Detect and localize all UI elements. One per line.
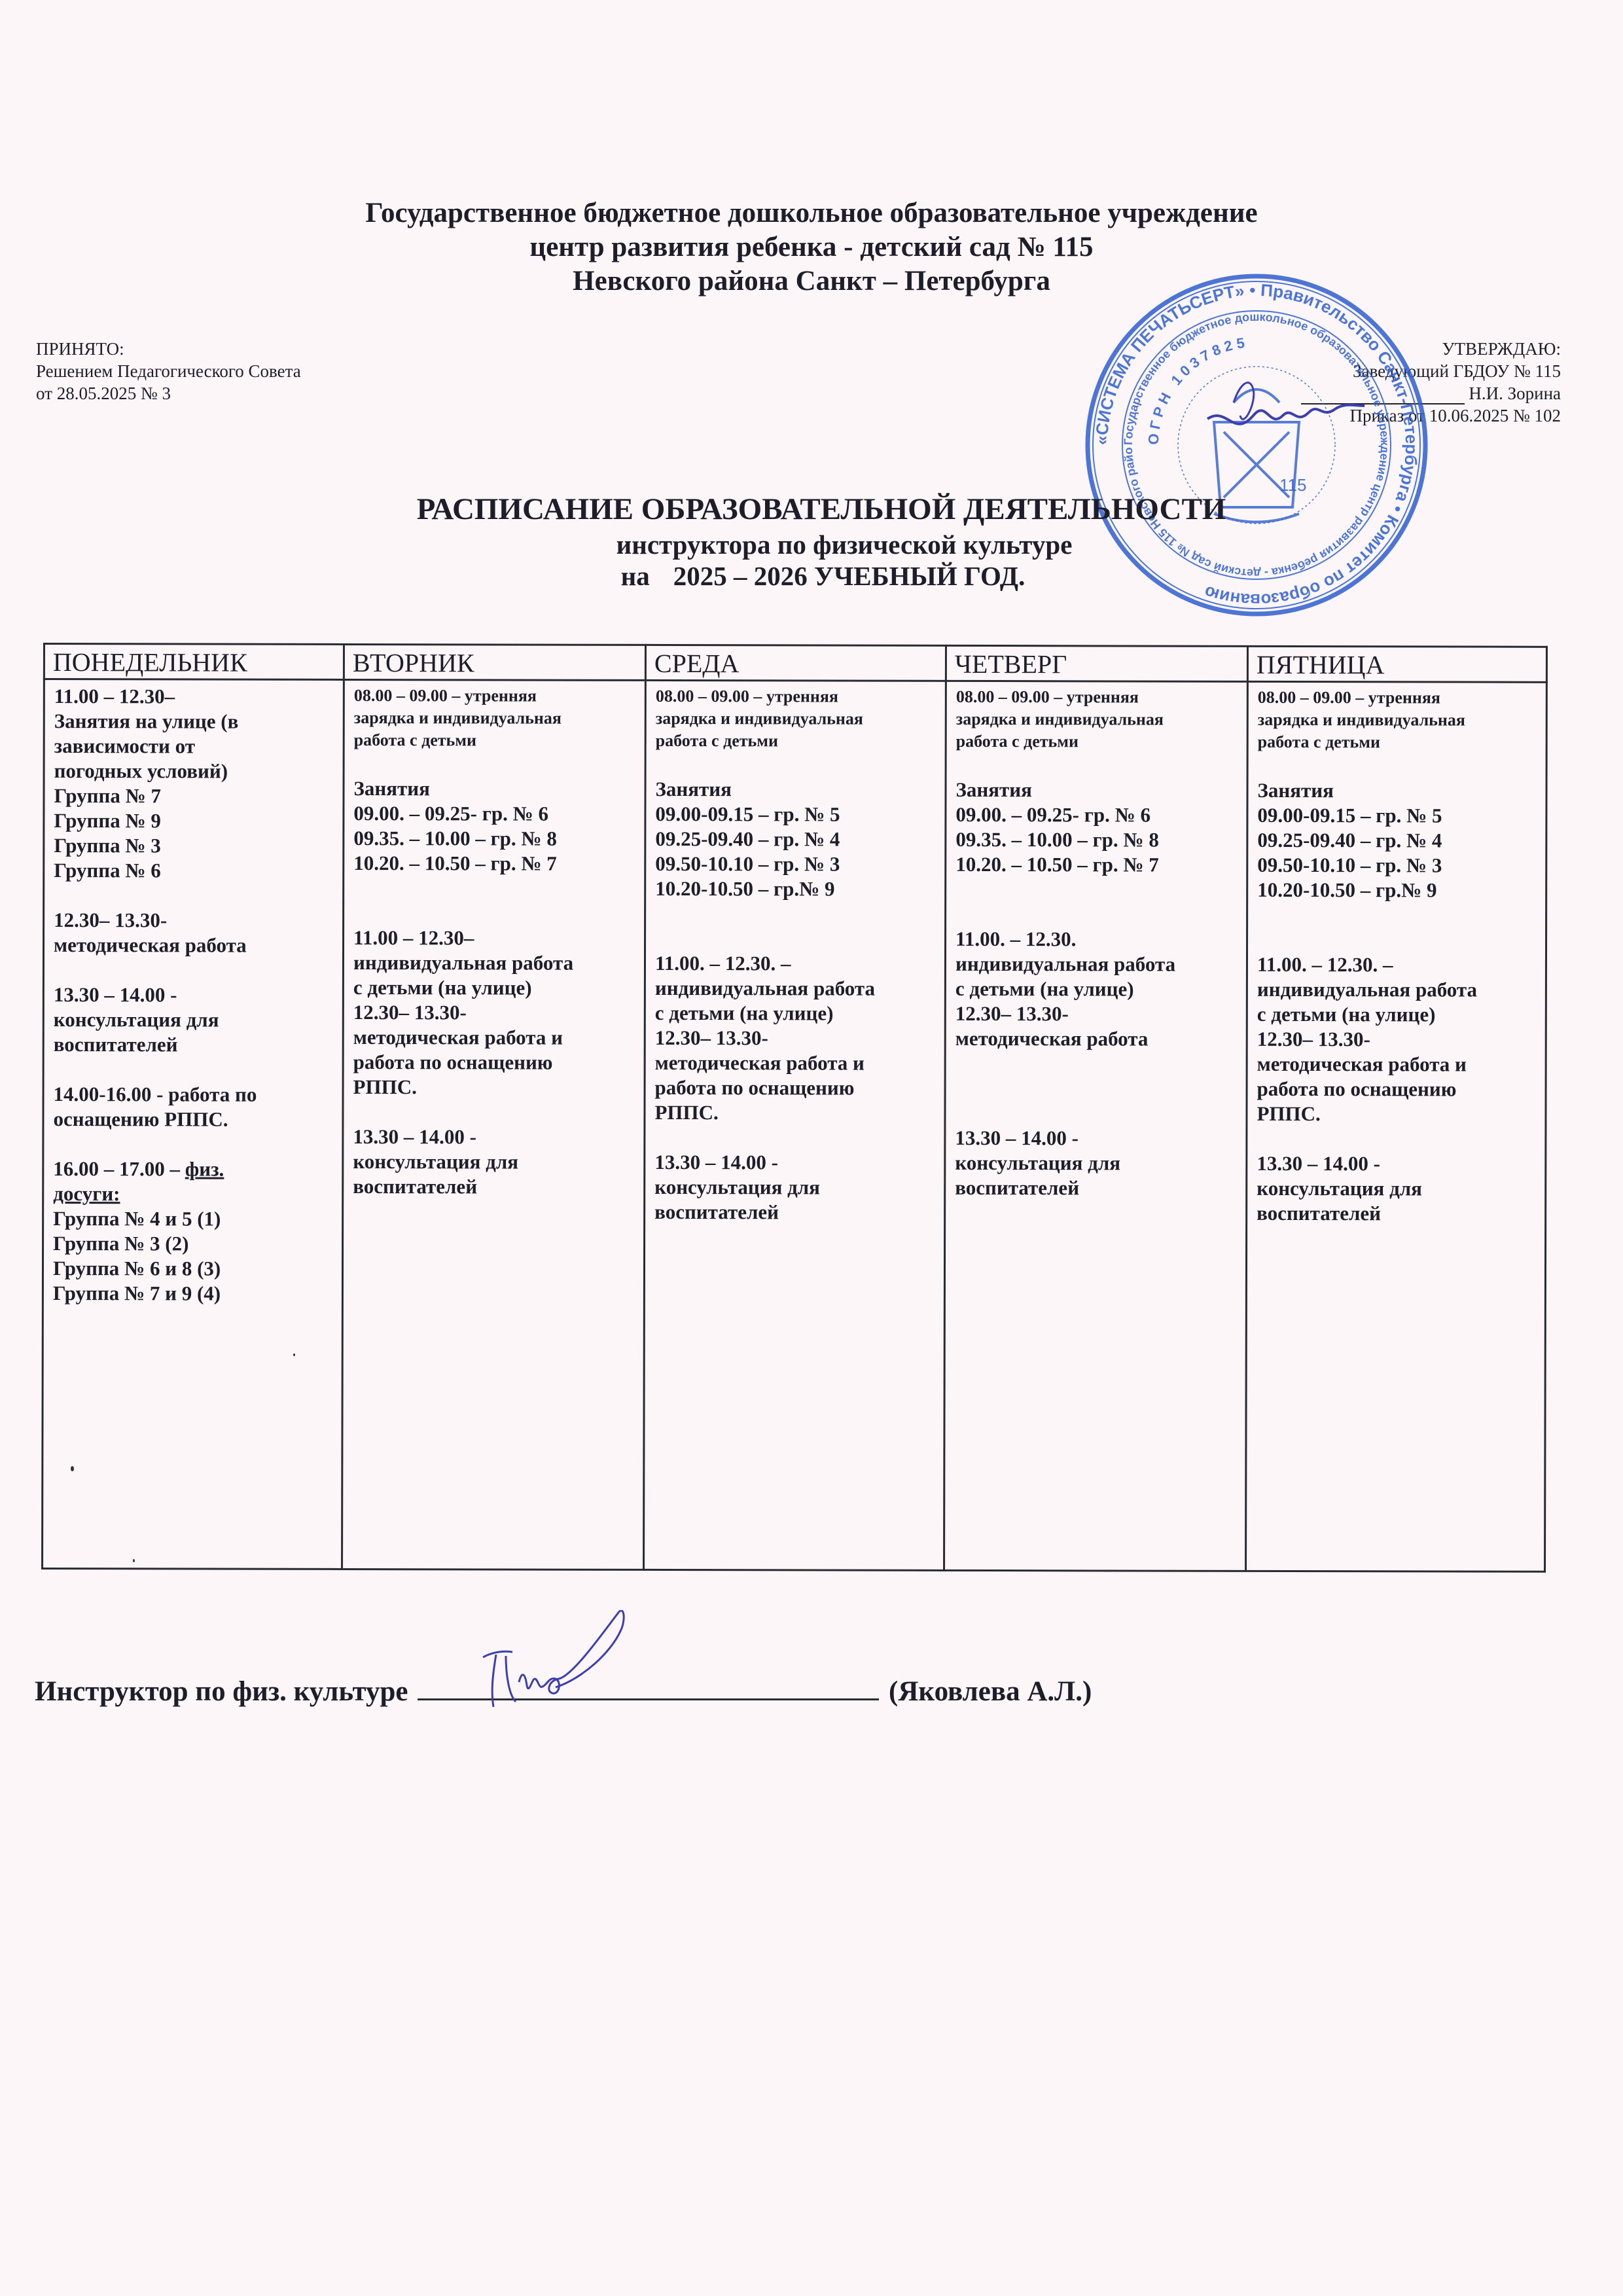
schedule-entry: РППС. [1257, 1102, 1537, 1127]
schedule-entry: консультация для [955, 1151, 1238, 1176]
spacer [955, 877, 1238, 903]
schedule-entry: 11.00 – 12.30– [54, 684, 335, 709]
spacer [955, 1101, 1238, 1126]
schedule-entry: консультация для [654, 1175, 936, 1200]
svg-text:ОГРН 1037825: ОГРН 1037825 [1145, 334, 1250, 445]
spacer [1257, 927, 1537, 953]
schedule-entry: оснащению РППС. [53, 1107, 334, 1132]
approved-order: Приказ от 10.06.2025 № 102 [1301, 404, 1561, 427]
schedule-entry: 10.20. – 10.50 – гр. № 7 [955, 852, 1238, 878]
schedule-entry: Занятия [655, 777, 936, 802]
schedule-entry: 11.00. – 12.30. – [1257, 952, 1537, 978]
instructor-signature-row: Инструктор по физ. культуре (Яковлева А.… [35, 1672, 1092, 1708]
schedule-entry: РППС. [654, 1100, 936, 1126]
leisure-label: физ. [185, 1157, 224, 1180]
schedule-entry: работа с детьми [656, 730, 937, 753]
spacer [1257, 903, 1537, 928]
day-header-friday: ПЯТНИЦА [1247, 646, 1546, 682]
schedule-entry: 09.00. – 09.25- гр. № 6 [353, 801, 636, 827]
spacer [654, 1125, 936, 1151]
approved-name: Н.И. Зорина [1469, 384, 1561, 403]
schedule-entry: методическая работа и [1257, 1052, 1537, 1077]
accepted-title: ПРИНЯТО: [36, 338, 301, 360]
schedule-entry: индивидуальная работа [655, 976, 936, 1001]
schedule-entry: погодных условий) [54, 759, 335, 784]
schedule-entry: 11.00. – 12.30. – [655, 951, 936, 977]
schedule-entry: 11.00 – 12.30– [353, 925, 636, 951]
schedule-entry: зарядка и индивидуальная [1258, 709, 1538, 732]
schedule-entry: 10.20. – 10.50 – гр. № 7 [353, 851, 636, 876]
schedule-entry-time: 16.00 – 17.00 – [53, 1157, 185, 1180]
schedule-entry: зарядка и индивидуальная [956, 708, 1239, 731]
schedule-entry: воспитателей [353, 1174, 635, 1200]
title-academic-year: на2025 – 2026 УЧЕБНЫЙ ГОД. [0, 560, 1623, 592]
spacer [955, 902, 1238, 927]
approved-block: УТВЕРЖДАЮ: Заведующий ГБДОУ № 115 Н.И. З… [1301, 338, 1561, 427]
instructor-name: (Яковлева А.Л.) [889, 1676, 1092, 1707]
schedule-entry: зарядка и индивидуальная [656, 708, 937, 730]
schedule-entry: 12.30– 13.30- [54, 908, 334, 933]
day-header-monday: ПОНЕДЕЛЬНИК [44, 644, 344, 680]
document-title: РАСПИСАНИЕ ОБРАЗОВАТЕЛЬНОЙ ДЕЯТЕЛЬНОСТИ … [0, 490, 1623, 592]
schedule-entry: 10.20-10.50 – гр.№ 9 [655, 876, 936, 902]
schedule-entry: работа с детьми [1258, 731, 1538, 754]
schedule-entry: 12.30– 13.30- [1257, 1027, 1537, 1052]
schedule-entry: 14.00-16.00 - работа по [54, 1082, 334, 1107]
schedule-entry: 12.30– 13.30- [353, 1000, 636, 1026]
monday-cell: 11.00 – 12.30–Занятия на улице (взависим… [43, 679, 344, 1570]
spacer [53, 1132, 334, 1157]
spacer [955, 1051, 1238, 1077]
schedule-entry: 13.30 – 14.00 - [654, 1150, 936, 1175]
spacer [1258, 753, 1538, 779]
schedule-entry: 09.00-09.15 – гр. № 5 [1257, 803, 1537, 829]
schedule-entry: методическая работа и [353, 1025, 636, 1050]
schedule-entry: Группа № 9 [54, 808, 334, 834]
accepted-council: Решением Педагогического Совета [36, 360, 301, 382]
schedule-entry: Группа № 3 (2) [53, 1231, 334, 1257]
schedule-entry: индивидуальная работа [353, 950, 636, 976]
wednesday-cell: 08.00 – 09.00 – утренняязарядка и индиви… [644, 680, 946, 1570]
schedule-entry: 13.30 – 14.00 - [353, 1124, 635, 1150]
schedule-entry: 11.00. – 12.30. [955, 927, 1238, 952]
schedule-entry: методическая работа [54, 933, 334, 958]
spacer [354, 751, 637, 777]
title-year-value: 2025 – 2026 УЧЕБНЫЙ ГОД. [673, 561, 1026, 591]
schedule-entry: 12.30– 13.30- [655, 1026, 936, 1051]
scan-speck [71, 1466, 74, 1471]
spacer [54, 958, 334, 983]
schedule-table: ПОНЕДЕЛЬНИК ВТОРНИК СРЕДА ЧЕТВЕРГ ПЯТНИЦ… [41, 643, 1548, 1573]
org-name-line-1: Государственное бюджетное дошкольное обр… [0, 196, 1623, 230]
schedule-entry: Занятия [955, 778, 1238, 803]
scan-speck [133, 1559, 135, 1562]
schedule-entry: воспитателей [654, 1200, 936, 1225]
schedule-entry: работа с детьми [354, 729, 637, 752]
day-header-wednesday: СРЕДА [645, 645, 946, 681]
schedule-entry: с детьми (на улице) [353, 975, 636, 1001]
schedule-entry: 08.00 – 09.00 – утренняя [1258, 687, 1538, 709]
spacer [656, 752, 937, 778]
spacer [1257, 1126, 1537, 1152]
schedule-entry: воспитателей [54, 1032, 334, 1058]
approved-position: Заведующий ГБДОУ № 115 [1301, 360, 1561, 382]
schedule-entry: 09.50-10.10 – гр. № 3 [655, 852, 936, 877]
leisure-label: досуги: [53, 1181, 334, 1207]
schedule-entry: работа по оснащению [655, 1075, 936, 1101]
schedule-entry: 09.35. – 10.00 – гр. № 8 [955, 827, 1238, 853]
schedule-entry: 13.30 – 14.00 - [1257, 1151, 1537, 1177]
schedule-entry: работа с детьми [956, 730, 1239, 753]
schedule-entry: Группа № 6 и 8 (3) [53, 1256, 334, 1282]
schedule-entry: работа по оснащению [1257, 1077, 1537, 1102]
title-year-prefix: на [621, 561, 650, 591]
schedule-entry: Группа № 7 и 9 (4) [53, 1281, 334, 1306]
schedule-entry: 13.30 – 14.00 - [54, 982, 334, 1008]
schedule-entry: 09.00-09.15 – гр. № 5 [655, 802, 936, 827]
spacer [655, 901, 936, 927]
friday-cell: 08.00 – 09.00 – утренняязарядка и индиви… [1246, 681, 1547, 1571]
schedule-row: 11.00 – 12.30–Занятия на улице (взависим… [43, 679, 1547, 1572]
thursday-cell: 08.00 – 09.00 – утренняязарядка и индиви… [944, 681, 1248, 1571]
spacer [54, 883, 334, 908]
schedule-header-row: ПОНЕДЕЛЬНИК ВТОРНИК СРЕДА ЧЕТВЕРГ ПЯТНИЦ… [44, 644, 1546, 683]
schedule-entry: Занятия [353, 776, 636, 802]
approved-title: УТВЕРЖДАЮ: [1301, 338, 1561, 360]
schedule-entry: РППС. [353, 1075, 636, 1100]
schedule-entry: с детьми (на улице) [655, 1001, 936, 1026]
scan-speck [293, 1354, 295, 1356]
schedule-entry: Группа № 7 [54, 783, 334, 809]
org-name-line-2: центр развития ребенка - детский сад № 1… [0, 230, 1623, 264]
schedule-entry: 09.50-10.10 – гр. № 3 [1257, 853, 1537, 878]
schedule-entry: с детьми (на улице) [1257, 1002, 1537, 1028]
schedule-entry: 13.30 – 14.00 - [955, 1126, 1238, 1151]
schedule-entry: 08.00 – 09.00 – утренняя [656, 685, 937, 708]
tuesday-cell: 08.00 – 09.00 – утренняязарядка и индиви… [342, 679, 646, 1570]
approval-signature-line [1301, 386, 1465, 404]
day-header-thursday: ЧЕТВЕРГ [946, 645, 1247, 681]
schedule-entry: методическая работа [955, 1026, 1238, 1052]
schedule-entry: зарядка и индивидуальная [354, 707, 637, 730]
approved-signatory: Н.И. Зорина [1301, 382, 1561, 404]
schedule-entry: консультация для [353, 1149, 635, 1175]
schedule-entry: 12.30– 13.30- [955, 1001, 1238, 1027]
spacer [955, 1076, 1238, 1102]
schedule-entry: работа по оснащению [353, 1050, 636, 1075]
schedule-entry: 09.35. – 10.00 – гр. № 8 [353, 826, 636, 852]
organization-header: Государственное бюджетное дошкольное обр… [0, 196, 1623, 298]
schedule-entry: Группа № 4 и 5 (1) [53, 1206, 334, 1232]
schedule-entry: 09.25-09.40 – гр. № 4 [1257, 828, 1537, 853]
day-header-tuesday: ВТОРНИК [344, 644, 645, 680]
schedule-entry: 10.20-10.50 – гр.№ 9 [1257, 878, 1537, 903]
spacer [956, 753, 1239, 778]
schedule-entry: Занятия на улице (в [54, 709, 335, 734]
schedule-entry: 16.00 – 17.00 – физ. [53, 1157, 334, 1182]
schedule-entry: 09.00. – 09.25- гр. № 6 [955, 802, 1238, 828]
spacer [353, 1100, 635, 1125]
spacer [353, 876, 636, 901]
schedule-entry: Занятия [1257, 778, 1537, 804]
schedule-entry: зависимости от [54, 734, 335, 759]
handwritten-signature-icon [470, 1610, 745, 1715]
schedule-entry: Группа № 6 [54, 858, 334, 884]
accepted-block: ПРИНЯТО: Решением Педагогического Совета… [36, 338, 301, 404]
schedule-entry: консультация для [54, 1007, 334, 1033]
schedule-entry: методическая работа и [655, 1050, 936, 1076]
instructor-label: Инструктор по физ. культуре [35, 1676, 408, 1707]
title-main: РАСПИСАНИЕ ОБРАЗОВАТЕЛЬНОЙ ДЕЯТЕЛЬНОСТИ [0, 490, 1623, 529]
schedule-entry: 09.25-09.40 – гр. № 4 [655, 827, 936, 852]
schedule-entry: консультация для [1257, 1176, 1537, 1202]
schedule-entry: 08.00 – 09.00 – утренняя [956, 686, 1239, 709]
accepted-date: от 28.05.2025 № 3 [36, 382, 301, 404]
title-subtitle: инструктора по физической культуре [0, 529, 1623, 560]
schedule-entry: Группа № 3 [54, 833, 334, 859]
schedule-entry: 08.00 – 09.00 – утренняя [354, 685, 637, 708]
instructor-signature-line [418, 1672, 879, 1700]
schedule-entry: воспитателей [955, 1175, 1238, 1201]
schedule-entry: воспитателей [1257, 1201, 1537, 1227]
schedule-entry: индивидуальная работа [955, 952, 1238, 977]
spacer [655, 926, 936, 952]
spacer [353, 901, 636, 926]
schedule-entry: с детьми (на улице) [955, 977, 1238, 1002]
schedule-entry: индивидуальная работа [1257, 977, 1537, 1003]
spacer [54, 1057, 334, 1083]
org-name-line-3: Невского района Санкт – Петербурга [0, 264, 1623, 298]
